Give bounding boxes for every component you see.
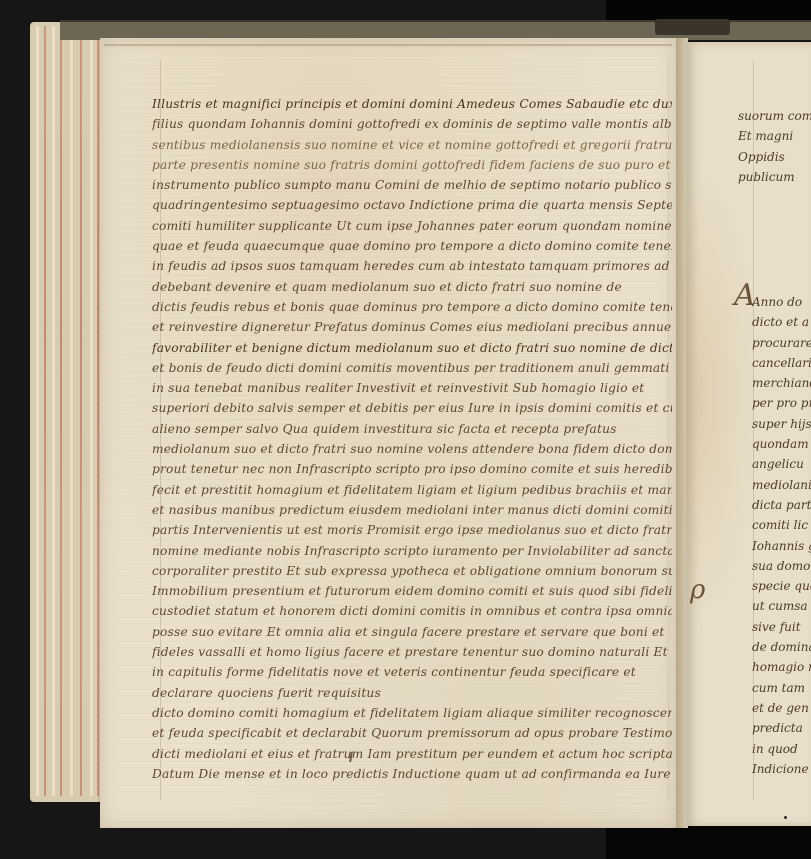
ink-dot	[784, 816, 787, 819]
text-line: dicto domino comiti homagium et fidelita…	[152, 703, 672, 723]
text-line: instrumento publico sumpto manu Comini d…	[152, 175, 672, 195]
text-fragment: predicta	[752, 718, 811, 738]
text-fragment: Oppidis	[738, 147, 811, 167]
text-line: fideles vassalli et homo ligius facere e…	[152, 642, 672, 662]
text-fragment: comiti lic	[752, 515, 811, 535]
text-fragment: cum tam	[752, 678, 811, 698]
text-line: et reinvestire digneretur Prefatus domin…	[152, 317, 672, 337]
right-page-text-body: Anno do dicto et a procurare cancellario…	[752, 292, 811, 779]
text-line: et nasibus manibus predictum eiusdem med…	[152, 500, 672, 520]
text-line: partis Intervenientis ut est moris Promi…	[152, 520, 672, 540]
text-line: superiori debito salvis semper et debiti…	[152, 398, 672, 418]
text-fragment: publicum	[738, 167, 811, 187]
text-fragment: homagio no	[752, 657, 811, 677]
text-fragment: procurare	[752, 333, 811, 353]
text-line: Datum Die mense et in loco predictis Ind…	[152, 764, 672, 784]
text-line: custodiet statum et honorem dicti domini…	[152, 601, 672, 621]
text-line: posse suo evitare Et omnia alia et singu…	[152, 622, 672, 642]
page-leaf	[52, 26, 55, 796]
text-fragment: merchiande	[752, 373, 811, 393]
right-page-text-top: suorum com Et magni Oppidis publicum	[738, 106, 811, 187]
text-fragment: Indicione	[752, 759, 811, 779]
text-line: quadringentesimo septuagesimo octavo Ind…	[152, 195, 672, 215]
text-line: sentibus mediolanensis suo nomine et vic…	[152, 135, 672, 155]
text-fragment: angelicu	[752, 454, 811, 474]
text-fragment: in quod	[752, 739, 811, 759]
text-line: fecit et prestitit homagium et fidelitat…	[152, 480, 672, 500]
page-leaf	[36, 26, 39, 796]
red-page-edge	[60, 26, 62, 796]
text-line: Illustris et magnifici principis et domi…	[152, 94, 672, 114]
text-line: debebant devenire et quam mediolanum suo…	[152, 277, 672, 297]
text-line: in sua tenebat manibus realiter Investiv…	[152, 378, 672, 398]
text-fragment: Et magni	[738, 126, 811, 146]
background-shadow-bottom	[606, 826, 811, 859]
text-line: dicti mediolani et eius et fratrum Iam p…	[152, 744, 672, 764]
text-fragment: ut cumsa	[752, 596, 811, 616]
red-page-edge	[97, 26, 99, 796]
text-line: Immobilium presentium et futurorum eidem…	[152, 581, 672, 601]
text-line: prout tenetur nec non Infrascripto scrip…	[152, 459, 672, 479]
text-line: in feudis ad ipsos suos tamquam heredes …	[152, 256, 672, 276]
text-line: filius quondam Iohannis domini gottofred…	[152, 114, 672, 134]
text-fragment: de domina	[752, 637, 811, 657]
text-line: et feuda specificabit et declarabit Quor…	[152, 723, 672, 743]
text-line: mediolanum suo et dicto fratri suo nomin…	[152, 439, 672, 459]
page-leaf	[70, 26, 73, 796]
text-fragment: dicto et a	[752, 312, 811, 332]
red-page-edge	[80, 26, 82, 796]
text-fragment: per pro pre	[752, 393, 811, 413]
text-line: comiti humiliter supplicante Ut cum ipse…	[152, 216, 672, 236]
left-page-text: Illustris et magnifici principis et domi…	[152, 94, 672, 784]
margin-paragraph-mark: ρ	[690, 575, 705, 605]
red-page-edge	[44, 26, 46, 796]
text-fragment: super hijs	[752, 414, 811, 434]
text-fragment: Iohannis go	[752, 536, 811, 556]
text-fragment: Anno do	[752, 292, 811, 312]
binding-clasp	[655, 19, 730, 35]
binding-top	[60, 20, 811, 40]
text-line: dictis feudis rebus et bonis quae dominu…	[152, 297, 672, 317]
text-fragment: mediolani	[752, 475, 811, 495]
text-fragment: sive fuit	[752, 617, 811, 637]
text-fragment: quondam dom	[752, 434, 811, 454]
text-line: quae et feuda quaecumque quae domino pro…	[152, 236, 672, 256]
text-fragment: suorum com	[738, 106, 811, 126]
text-fragment: specie quod	[752, 576, 811, 596]
text-line: alieno semper salvo Qua quidem investitu…	[152, 419, 672, 439]
text-line: nomine mediante nobis Infrascripto scrip…	[152, 541, 672, 561]
text-line: favorabiliter et benigne dictum mediolan…	[152, 338, 672, 358]
text-fragment: sua domo	[752, 556, 811, 576]
text-line: declarare quociens fuerit requisitus	[152, 683, 672, 703]
page-frame-line	[104, 44, 672, 46]
page-leaf	[90, 26, 93, 796]
text-line: corporaliter prestito Et sub expressa yp…	[152, 561, 672, 581]
text-line: et bonis de feudo dicti domini comitis m…	[152, 358, 672, 378]
text-line: parte presentis nomine suo fratris domin…	[152, 155, 672, 175]
text-line: in capitulis forme fidelitatis nove et v…	[152, 662, 672, 682]
text-fragment: et de gen	[752, 698, 811, 718]
text-fragment: dicta parte	[752, 495, 811, 515]
text-fragment: cancellario	[752, 353, 811, 373]
